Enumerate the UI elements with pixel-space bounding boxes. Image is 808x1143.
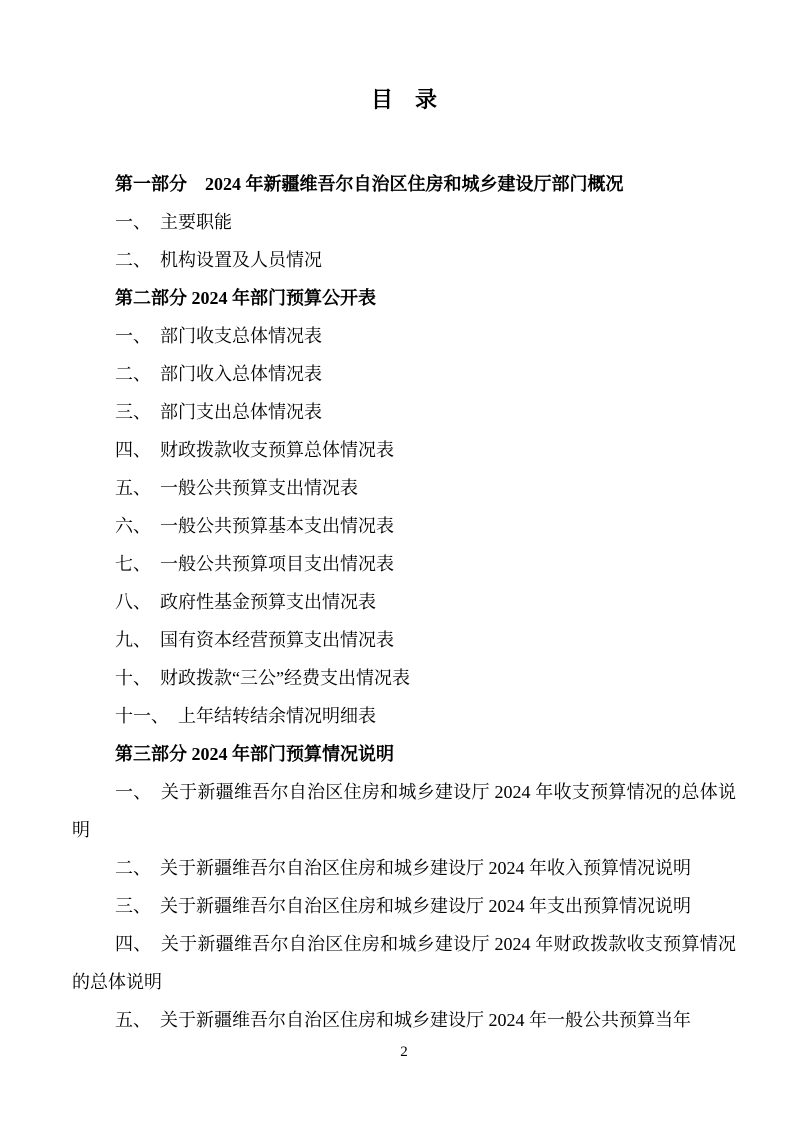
page-title: 目 录	[0, 85, 808, 115]
toc-entry: 五、 一般公共预算支出情况表	[72, 469, 736, 507]
toc-entry: 八、 政府性基金预算支出情况表	[72, 583, 736, 621]
page-number: 2	[0, 1040, 808, 1064]
document-page: 目 录 第一部分 2024 年新疆维吾尔自治区住房和城乡建设厅部门概况一、 主要…	[0, 0, 808, 1143]
toc-entry: 十、 财政拨款“三公”经费支出情况表	[72, 659, 736, 697]
toc-list: 第一部分 2024 年新疆维吾尔自治区住房和城乡建设厅部门概况一、 主要职能二、…	[72, 165, 736, 1039]
toc-entry: 六、 一般公共预算基本支出情况表	[72, 507, 736, 545]
toc-section-heading: 第一部分 2024 年新疆维吾尔自治区住房和城乡建设厅部门概况	[72, 165, 736, 203]
toc-entry: 四、 关于新疆维吾尔自治区住房和城乡建设厅 2024 年财政拨款收支预算情况的总…	[72, 925, 736, 1001]
toc-entry: 三、 关于新疆维吾尔自治区住房和城乡建设厅 2024 年支出预算情况说明	[72, 887, 736, 925]
toc-entry: 一、 主要职能	[72, 203, 736, 241]
toc-entry: 九、 国有资本经营预算支出情况表	[72, 621, 736, 659]
toc-entry: 三、 部门支出总体情况表	[72, 393, 736, 431]
toc-entry: 一、 关于新疆维吾尔自治区住房和城乡建设厅 2024 年收支预算情况的总体说明	[72, 773, 736, 849]
toc-section-heading: 第三部分 2024 年部门预算情况说明	[72, 735, 736, 773]
toc-entry: 十一、 上年结转结余情况明细表	[72, 697, 736, 735]
toc-entry: 四、 财政拨款收支预算总体情况表	[72, 431, 736, 469]
toc-entry: 二、 机构设置及人员情况	[72, 241, 736, 279]
toc-entry: 五、 关于新疆维吾尔自治区住房和城乡建设厅 2024 年一般公共预算当年	[72, 1001, 736, 1039]
toc-entry: 二、 部门收入总体情况表	[72, 355, 736, 393]
toc-section-heading: 第二部分 2024 年部门预算公开表	[72, 279, 736, 317]
toc-entry: 二、 关于新疆维吾尔自治区住房和城乡建设厅 2024 年收入预算情况说明	[72, 849, 736, 887]
toc-entry: 一、 部门收支总体情况表	[72, 317, 736, 355]
toc-entry: 七、 一般公共预算项目支出情况表	[72, 545, 736, 583]
